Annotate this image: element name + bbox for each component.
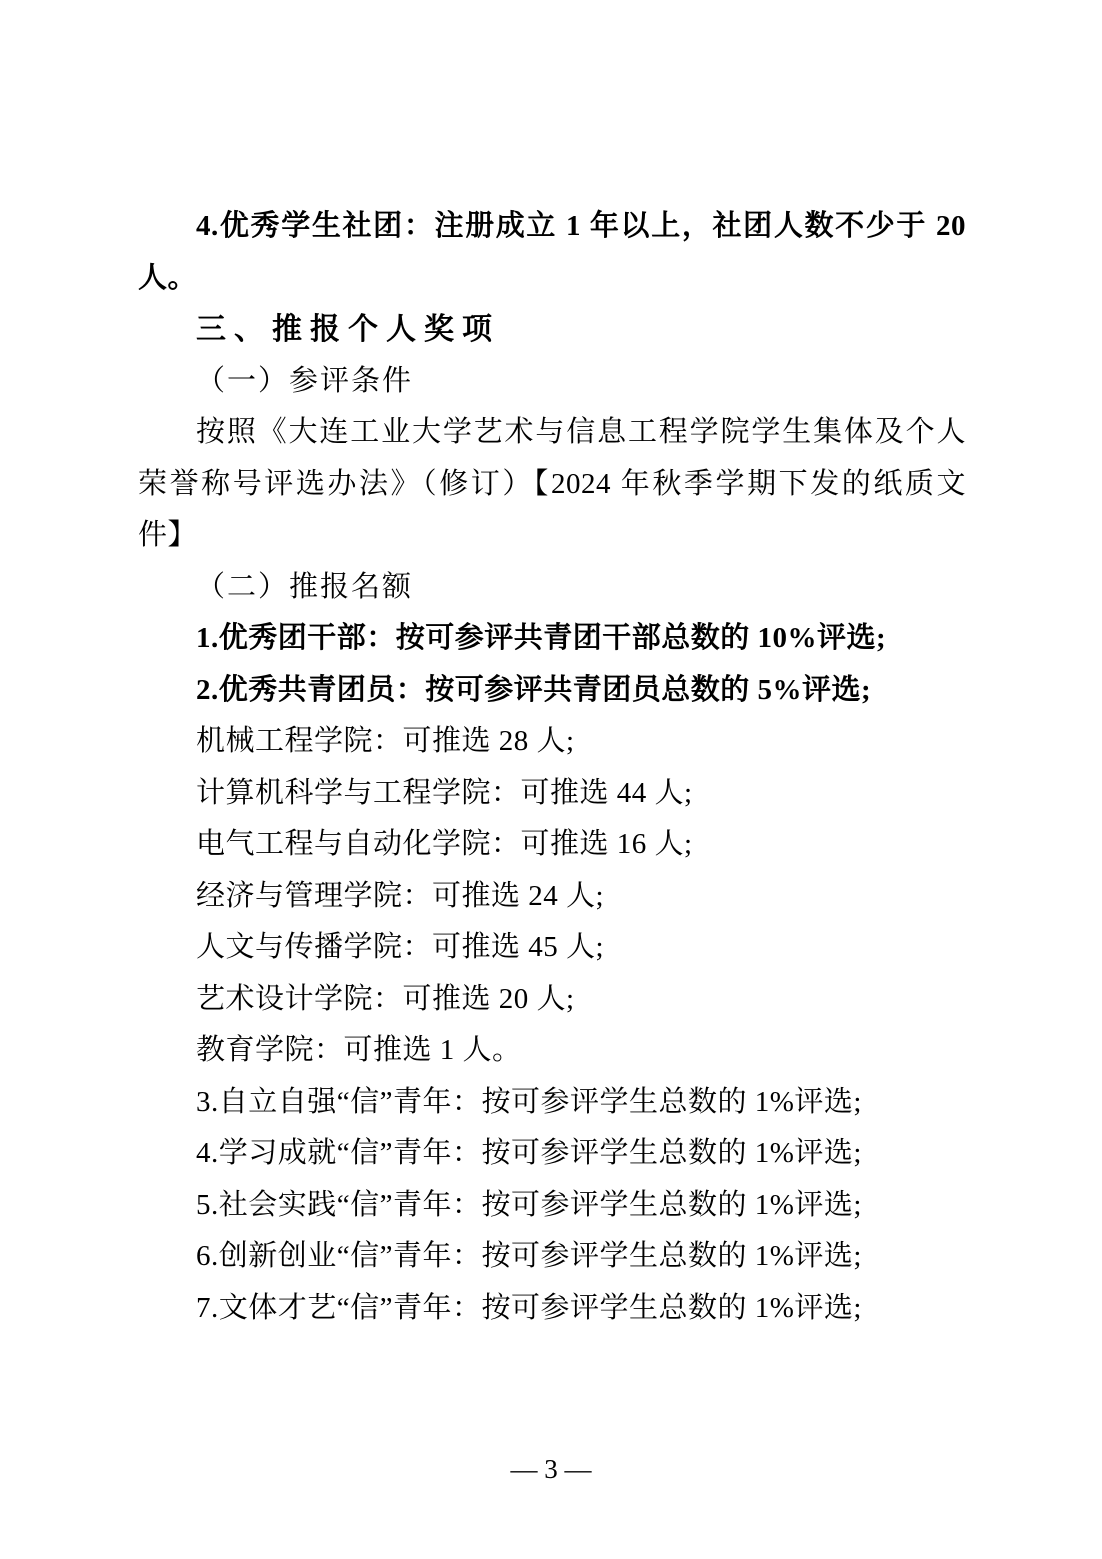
para-eval-basis-line1: 按照《大连工业大学艺术与信息工程学院学生集体及个人 <box>138 407 966 459</box>
item-arts-sports-youth: 7.文体才艺“信”青年：按可参评学生总数的 1%评选; <box>138 1283 966 1335</box>
item-excellent-student-club: 4.优秀学生社团：注册成立 1 年以上，社团人数不少于 20 <box>138 201 966 253</box>
item-excellent-student-club-cont: 人。 <box>138 253 966 305</box>
quota-mechanical-engineering: 机械工程学院：可推选 28 人; <box>138 716 966 768</box>
page-number: — 3 — <box>0 1452 1102 1486</box>
para-eval-basis-line3: 件】 <box>138 510 966 562</box>
document-body: 4.优秀学生社团：注册成立 1 年以上，社团人数不少于 20 人。 三、推报个人… <box>138 201 966 1334</box>
quota-education: 教育学院：可推选 1 人。 <box>138 1025 966 1077</box>
quota-humanities-communication: 人文与传播学院：可推选 45 人; <box>138 922 966 974</box>
item-league-cadre-quota: 1.优秀团干部：按可参评共青团干部总数的 10%评选; <box>138 613 966 665</box>
subheading-quota: （二）推报名额 <box>138 562 966 614</box>
item-academic-achievement-youth: 4.学习成就“信”青年：按可参评学生总数的 1%评选; <box>138 1128 966 1180</box>
item-social-practice-youth: 5.社会实践“信”青年：按可参评学生总数的 1%评选; <box>138 1180 966 1232</box>
item-self-reliance-youth: 3.自立自强“信”青年：按可参评学生总数的 1%评选; <box>138 1077 966 1129</box>
quota-economics-management: 经济与管理学院：可推选 24 人; <box>138 871 966 923</box>
para-eval-basis-line2: 荣誉称号评选办法》（修订）【2024 年秋季学期下发的纸质文 <box>138 459 966 511</box>
quota-computer-science: 计算机科学与工程学院：可推选 44 人; <box>138 768 966 820</box>
quota-art-design: 艺术设计学院：可推选 20 人; <box>138 974 966 1026</box>
subheading-eval-conditions: （一）参评条件 <box>138 356 966 408</box>
document-page: 4.优秀学生社团：注册成立 1 年以上，社团人数不少于 20 人。 三、推报个人… <box>0 0 1102 1559</box>
quota-electrical-automation: 电气工程与自动化学院：可推选 16 人; <box>138 819 966 871</box>
section-heading-individual-awards: 三、推报个人奖项 <box>138 304 966 356</box>
item-league-member-quota: 2.优秀共青团员：按可参评共青团员总数的 5%评选; <box>138 665 966 717</box>
item-innovation-entrepreneurship-youth: 6.创新创业“信”青年：按可参评学生总数的 1%评选; <box>138 1231 966 1283</box>
